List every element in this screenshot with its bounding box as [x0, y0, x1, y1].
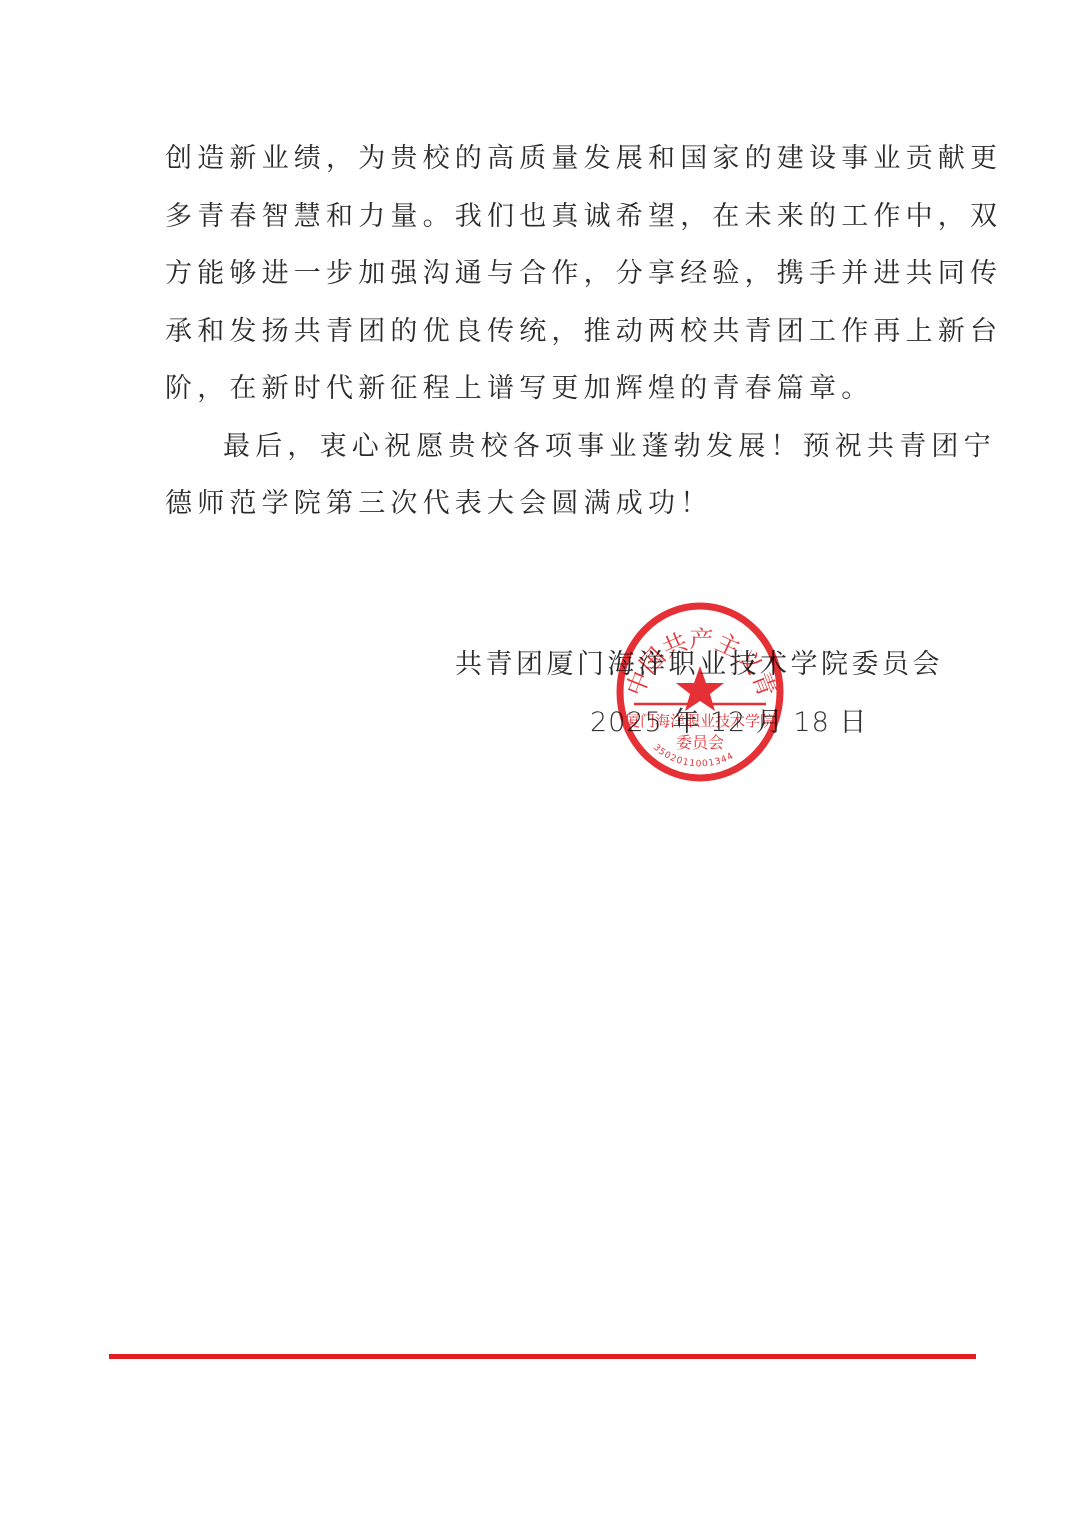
closing-paragraph-line: 最后，衷心祝愿贵校各项事业蓬勃发展！预祝共青团宁	[165, 418, 925, 476]
stamp-middle-text: 厦门海洋职业技术学院	[625, 712, 775, 730]
stamp-bottom-text: 委员会	[676, 733, 724, 752]
letter-line: 方能够进一步加强沟通与合作，分享经验，携手并进共同传	[165, 245, 925, 303]
letter-line: 多青春智慧和力量。我们也真诚希望，在未来的工作中，双	[165, 188, 925, 246]
closing-paragraph-line: 德师范学院第三次代表大会圆满成功！	[165, 475, 925, 533]
letter-body: 创造新业绩，为贵校的高质量发展和国家的建设事业贡献更 多青春智慧和力量。我们也真…	[165, 130, 925, 533]
official-seal-icon: 中国共产主义青年团 厦门海洋职业技术学院 委员会 3502011001344	[612, 600, 787, 785]
letter-line: 承和发扬共青团的优良传统，推动两校共青团工作再上新台	[165, 303, 925, 361]
letter-line: 阶，在新时代新征程上谱写更加辉煌的青春篇章。	[165, 360, 925, 418]
footer-red-rule	[109, 1354, 976, 1359]
letter-line: 创造新业绩，为贵校的高质量发展和国家的建设事业贡献更	[165, 130, 925, 188]
